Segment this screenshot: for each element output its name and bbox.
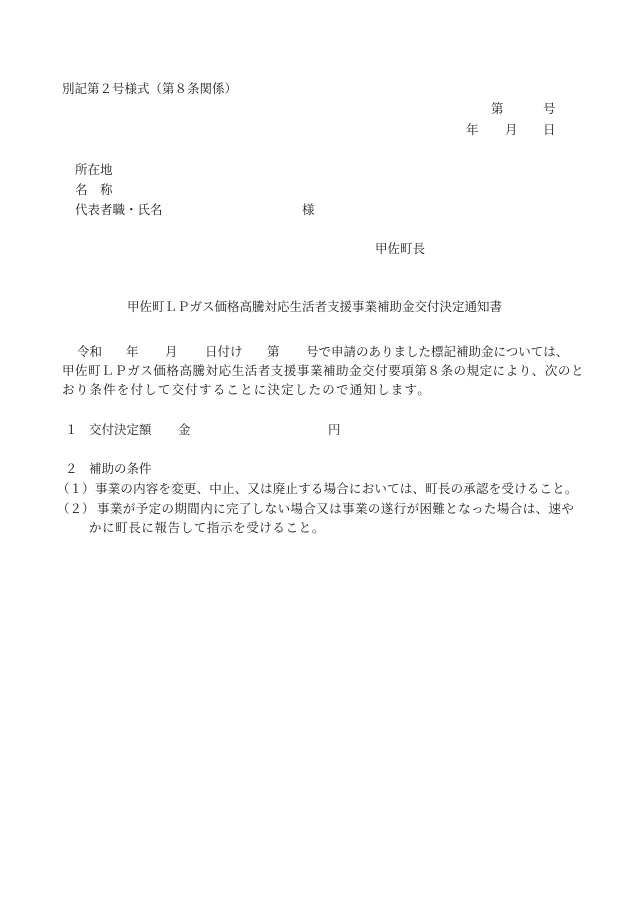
date-year: 年 bbox=[466, 124, 479, 137]
condition-1-marker: （１） bbox=[57, 483, 95, 496]
condition-1-text: 事業の内容を変更、中止、又は廃止する場合においては、町長の承認を受けること。 bbox=[95, 483, 578, 496]
body-line3: おり条件を付して交付することに決定したので通知します。 bbox=[62, 384, 431, 397]
form-label: 別記第２号様式（第８条関係） bbox=[62, 83, 237, 96]
document-page: 別記第２号様式（第８条関係） 第 号 年 月 日 所在地 名 称 代表者職・氏名… bbox=[0, 0, 630, 903]
body-number-prefix: 第 bbox=[267, 346, 280, 359]
recipient-address-label: 所在地 bbox=[75, 164, 113, 177]
condition-2-continuation: かに町長に報告して指示を受けること。 bbox=[89, 522, 325, 535]
date-day: 日 bbox=[543, 124, 556, 137]
body-year: 年 bbox=[126, 346, 139, 359]
body-month: 月 bbox=[165, 346, 178, 359]
issuer: 甲佐町長 bbox=[375, 243, 425, 256]
body-day: 日付け bbox=[205, 346, 243, 359]
body-line2: 甲佐町ＬＰガス価格高騰対応生活者支援事業補助金交付要項第８条の規定により、次のと bbox=[62, 365, 584, 378]
item1-amount-prefix: 金 bbox=[178, 424, 191, 437]
body-era: 令和 bbox=[77, 346, 102, 359]
item1-label: 交付決定額 bbox=[89, 424, 152, 437]
ref-number-suffix: 号 bbox=[543, 103, 556, 116]
date-month: 月 bbox=[505, 124, 518, 137]
item2-label: 補助の条件 bbox=[89, 463, 152, 476]
recipient-honorific: 様 bbox=[302, 204, 315, 217]
item2-number: ２ bbox=[65, 463, 78, 476]
condition-2-text: 事業が予定の期間内に完了しない場合又は事業の遂行が困難となった場合は、速や bbox=[97, 503, 574, 516]
ref-number-prefix: 第 bbox=[491, 103, 504, 116]
item1-number: １ bbox=[65, 424, 78, 437]
condition-2-marker: （２） bbox=[57, 503, 95, 516]
item1-amount-unit: 円 bbox=[328, 424, 341, 437]
recipient-name-label: 名 称 bbox=[75, 184, 113, 197]
body-line1-rest: 号で申請のありました標記補助金については、 bbox=[306, 346, 568, 359]
document-title: 甲佐町ＬＰガス価格高騰対応生活者支援事業補助金交付決定通知書 bbox=[127, 301, 502, 314]
recipient-rep-label: 代表者職・氏名 bbox=[75, 204, 163, 217]
